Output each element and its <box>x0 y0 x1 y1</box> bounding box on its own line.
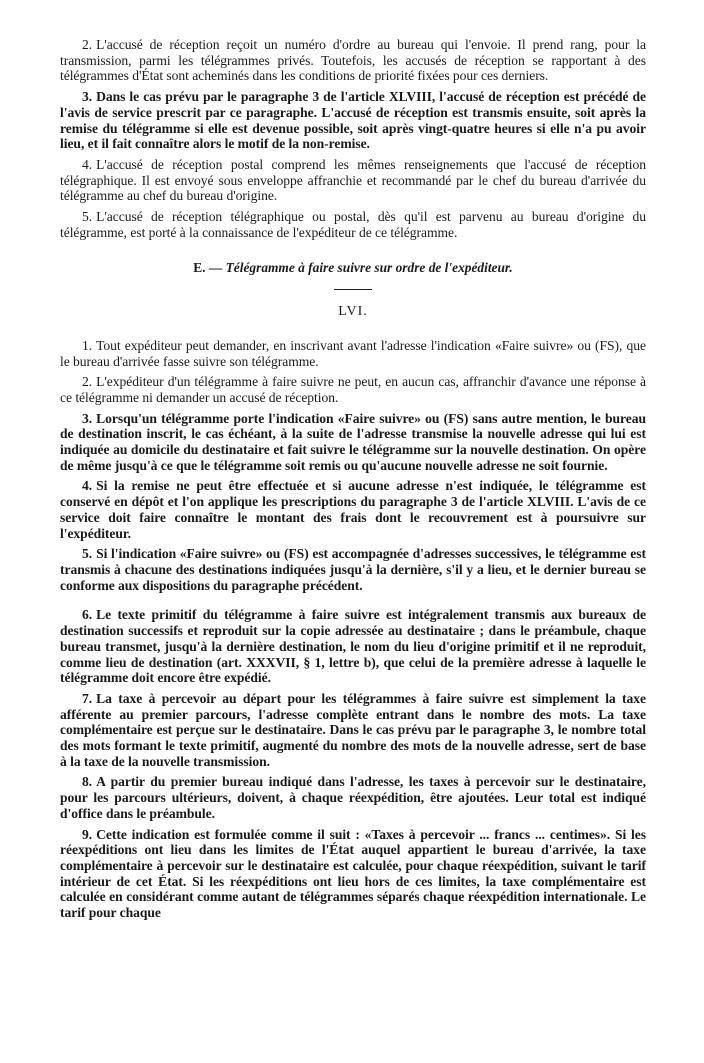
article-paragraph-6: 6.Le texte primitif du télégramme à fair… <box>60 607 646 686</box>
paragraph-text: A partir du premier bureau indiqué dans … <box>60 774 646 820</box>
paragraph-number: 3. <box>82 411 92 426</box>
article-paragraph-1: 1.Tout expéditeur peut demander, en insc… <box>60 338 646 369</box>
article-paragraph-8: 8.A partir du premier bureau indiqué dan… <box>60 774 646 821</box>
paragraph-text: L'accusé de réception télégraphique ou p… <box>60 209 646 240</box>
section-title: Télégramme à faire suivre sur ordre de l… <box>226 260 513 275</box>
article-paragraph-4: 4.Si la remise ne peut être effectuée et… <box>60 478 646 541</box>
paragraph-text: Si l'indication «Faire suivre» ou (FS) e… <box>60 546 646 592</box>
paragraph-2: 2.L'accusé de réception reçoit un numéro… <box>60 37 646 84</box>
article-paragraph-3: 3.Lorsqu'un télégramme porte l'indicatio… <box>60 411 646 474</box>
paragraph-number: 5. <box>82 546 92 561</box>
article-paragraph-9: 9.Cette indication est formulée comme il… <box>60 827 646 921</box>
paragraph-text: Le texte primitif du télégramme à faire … <box>60 607 646 685</box>
paragraph-text: Cette indication est formulée comme il s… <box>60 827 646 921</box>
paragraph-text: Dans le cas prévu par le paragraphe 3 de… <box>60 89 646 151</box>
divider-rule <box>334 289 372 290</box>
article-paragraph-5: 5.Si l'indication «Faire suivre» ou (FS)… <box>60 546 646 593</box>
paragraph-number: 8. <box>82 774 92 789</box>
paragraph-text: Lorsqu'un télégramme porte l'indication … <box>60 411 646 473</box>
paragraph-number: 4. <box>82 478 92 493</box>
paragraph-number: 3. <box>82 89 92 104</box>
article-number: LVI. <box>60 304 646 320</box>
paragraph-number: 7. <box>82 691 92 706</box>
article-paragraph-2: 2.L'expéditeur d'un télégramme à faire s… <box>60 374 646 405</box>
document-page: 2.L'accusé de réception reçoit un numéro… <box>60 37 646 926</box>
paragraph-number: 6. <box>82 607 92 622</box>
paragraph-number: 1. <box>82 338 92 353</box>
paragraph-text: Tout expéditeur peut demander, en inscri… <box>60 338 646 369</box>
paragraph-4: 4.L'accusé de réception postal comprend … <box>60 157 646 204</box>
section-heading: E. — Télégramme à faire suivre sur ordre… <box>60 260 646 276</box>
paragraph-text: L'accusé de réception reçoit un numéro d… <box>60 37 646 83</box>
paragraph-text: Si la remise ne peut être effectuée et s… <box>60 478 646 540</box>
paragraph-3: 3.Dans le cas prévu par le paragraphe 3 … <box>60 89 646 152</box>
paragraph-number: 2. <box>82 374 92 389</box>
paragraph-5: 5.L'accusé de réception télégraphique ou… <box>60 209 646 240</box>
paragraph-number: 5. <box>82 209 92 224</box>
paragraph-number: 4. <box>82 157 92 172</box>
paragraph-number: 9. <box>82 827 92 842</box>
section-letter: E. — <box>193 260 222 275</box>
paragraph-text: La taxe à percevoir au départ pour les t… <box>60 691 646 769</box>
paragraph-text: L'expéditeur d'un télégramme à faire sui… <box>60 374 646 405</box>
paragraph-number: 2. <box>82 37 92 52</box>
article-paragraph-7: 7.La taxe à percevoir au départ pour les… <box>60 691 646 770</box>
paragraph-text: L'accusé de réception postal comprend le… <box>60 157 646 203</box>
